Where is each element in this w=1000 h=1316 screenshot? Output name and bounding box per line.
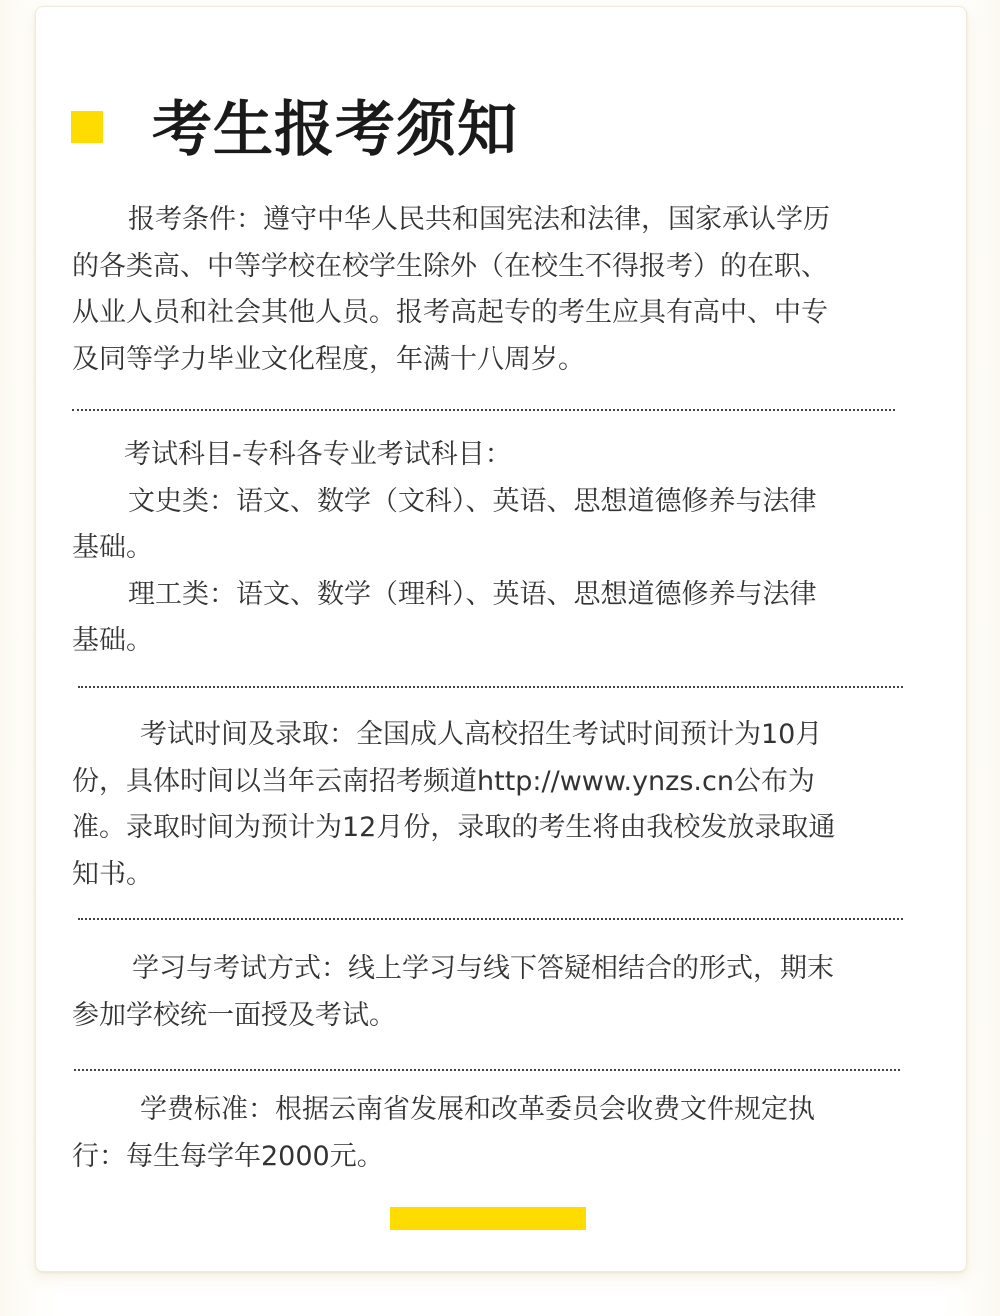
dotted-divider bbox=[78, 918, 903, 920]
text-line: 考试科目-专科各专业考试科目： bbox=[72, 432, 906, 479]
text-line: 及同等学力毕业文化程度，年满十八周岁。 bbox=[72, 337, 906, 384]
section-subjects: 考试科目-专科各专业考试科目： 文史类：语文、数学（文科）、英语、思想道德修养与… bbox=[72, 432, 906, 665]
text-line: 参加学校统一面授及考试。 bbox=[72, 993, 906, 1040]
text-line: 从业人员和社会其他人员。报考高起专的考生应具有高中、中专 bbox=[72, 290, 906, 337]
text-line: 理工类：语文、数学（理科）、英语、思想道德修养与法律 bbox=[72, 572, 906, 619]
text-line-content: 学习与考试方式：线上学习与线下答疑相结合的形式，期末 bbox=[132, 953, 834, 984]
text-line: 考试时间及录取：全国成人高校招生考试时间预计为10月 bbox=[72, 712, 906, 759]
text-line-content: 文史类：语文、数学（文科）、英语、思想道德修养与法律 bbox=[128, 486, 817, 517]
text-line: 基础。 bbox=[72, 525, 906, 572]
text-line: 准。录取时间为预计为12月份，录取的考生将由我校发放录取通 bbox=[72, 805, 906, 852]
footer-accent-bar bbox=[390, 1207, 586, 1230]
dotted-divider bbox=[74, 1069, 900, 1071]
text-line-content: 报考条件：遵守中华人民共和国宪法和法律，国家承认学历 bbox=[128, 204, 830, 235]
section-tuition: 学费标准：根据云南省发展和改革委员会收费文件规定执 行：每生每学年2000元。 bbox=[72, 1087, 906, 1180]
text-line: 行：每生每学年2000元。 bbox=[72, 1134, 906, 1181]
text-line-content: 考试时间及录取：全国成人高校招生考试时间预计为10月 bbox=[140, 719, 822, 750]
text-line: 的各类高、中等学校在校学生除外（在校生不得报考）的在职、 bbox=[72, 244, 906, 291]
text-line-content: 理工类：语文、数学（理科）、英语、思想道德修养与法律 bbox=[128, 579, 817, 610]
dotted-divider bbox=[78, 686, 903, 688]
page-title: 考生报考须知 bbox=[152, 92, 518, 168]
text-line: 报考条件：遵守中华人民共和国宪法和法律，国家承认学历 bbox=[72, 197, 906, 244]
text-line: 学费标准：根据云南省发展和改革委员会收费文件规定执 bbox=[72, 1087, 906, 1134]
text-line: 知书。 bbox=[72, 852, 906, 899]
section-exam-time: 考试时间及录取：全国成人高校招生考试时间预计为10月 份，具体时间以当年云南招考… bbox=[72, 712, 906, 898]
title-marker-square bbox=[71, 111, 103, 143]
text-line: 文史类：语文、数学（文科）、英语、思想道德修养与法律 bbox=[72, 479, 906, 526]
text-line: 份，具体时间以当年云南招考频道http://www.ynzs.cn公布为 bbox=[72, 759, 906, 806]
text-line: 学习与考试方式：线上学习与线下答疑相结合的形式，期末 bbox=[72, 946, 906, 993]
text-line-content: 考试科目-专科各专业考试科目： bbox=[124, 439, 512, 470]
dotted-divider bbox=[72, 409, 895, 411]
section-study-mode: 学习与考试方式：线上学习与线下答疑相结合的形式，期末 参加学校统一面授及考试。 bbox=[72, 946, 906, 1039]
text-line: 基础。 bbox=[72, 618, 906, 665]
text-line-content: 学费标准：根据云南省发展和改革委员会收费文件规定执 bbox=[140, 1094, 815, 1125]
section-requirements: 报考条件：遵守中华人民共和国宪法和法律，国家承认学历 的各类高、中等学校在校学生… bbox=[72, 197, 906, 383]
